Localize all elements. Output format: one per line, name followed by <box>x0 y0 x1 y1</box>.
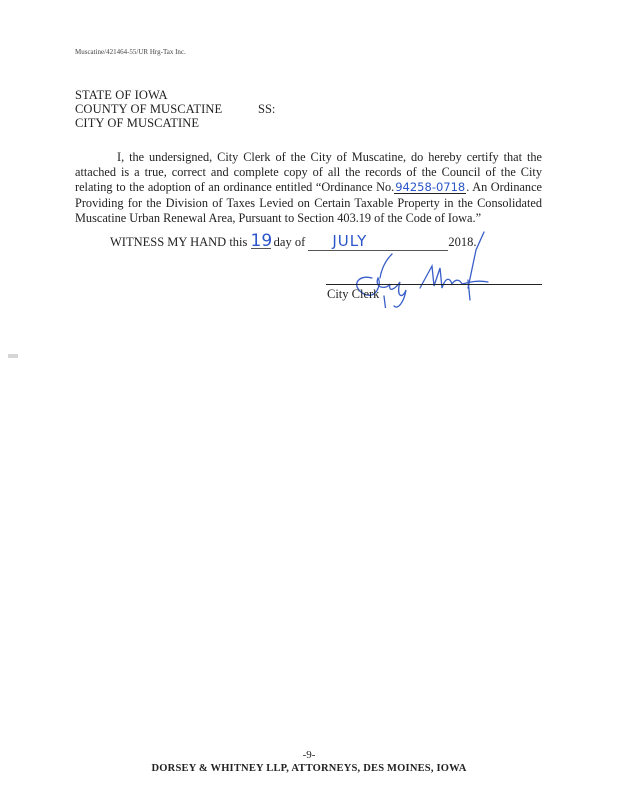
ordinance-number-handwritten: 94258-0718 <box>394 181 466 194</box>
caption-state: STATE OF IOWA <box>75 88 168 102</box>
witness-prefix: WITNESS MY HAND this <box>110 235 247 249</box>
caption-county: COUNTY OF MUSCATINE <box>75 102 222 116</box>
caption-ss: SS: <box>258 102 275 117</box>
certification-paragraph: I, the undersigned, City Clerk of the Ci… <box>75 150 542 226</box>
document-reference: Muscatine/421464-55/UR Hrg-Tax Inc. <box>75 48 186 56</box>
day-handwritten: 19 <box>251 234 271 249</box>
signature-line <box>326 284 542 285</box>
page-number: -9- <box>0 749 618 761</box>
witness-day-of: day of <box>274 235 306 249</box>
footer-firm: DORSEY & WHITNEY LLP, ATTORNEYS, DES MOI… <box>0 763 618 774</box>
caption-city: CITY OF MUSCATINE <box>75 116 199 130</box>
scan-speck <box>8 354 18 358</box>
signature-label: City Clerk <box>327 287 379 302</box>
